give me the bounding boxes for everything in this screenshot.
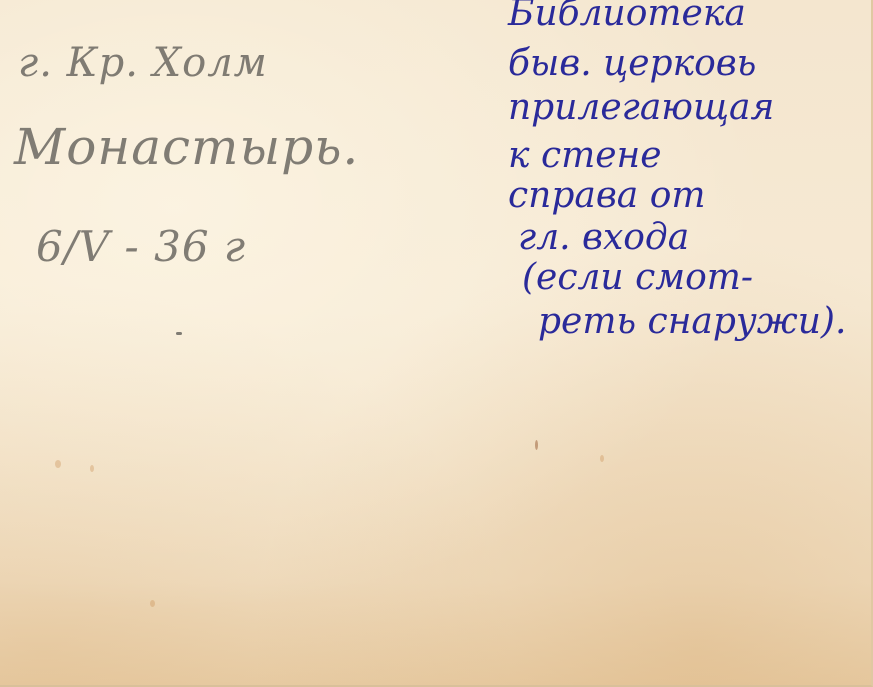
pencil-line-monastery: Монастырь. [14,118,359,176]
stain [90,465,94,472]
ink-line: к стене [508,136,662,176]
stain [600,455,604,462]
ink-line: гл. входа [518,218,689,258]
pencil-line-date: 6/V - 36 г [36,222,246,271]
stain [535,440,538,450]
ink-line: справа от [508,176,706,216]
ink-line: быв. церковь [508,44,756,84]
ink-line: Библиотека [508,0,746,34]
ink-line: (если смот- [522,258,753,298]
stain [55,460,61,468]
pencil-mark [176,332,182,335]
ink-line: реть снаружи). [538,302,846,342]
stain [150,600,155,607]
pencil-line-location: г. Кр. Холм [18,40,268,86]
photo-back-card: г. Кр. Холм Монастырь. 6/V - 36 г Библио… [0,0,873,687]
ink-line: прилегающая [508,88,774,128]
